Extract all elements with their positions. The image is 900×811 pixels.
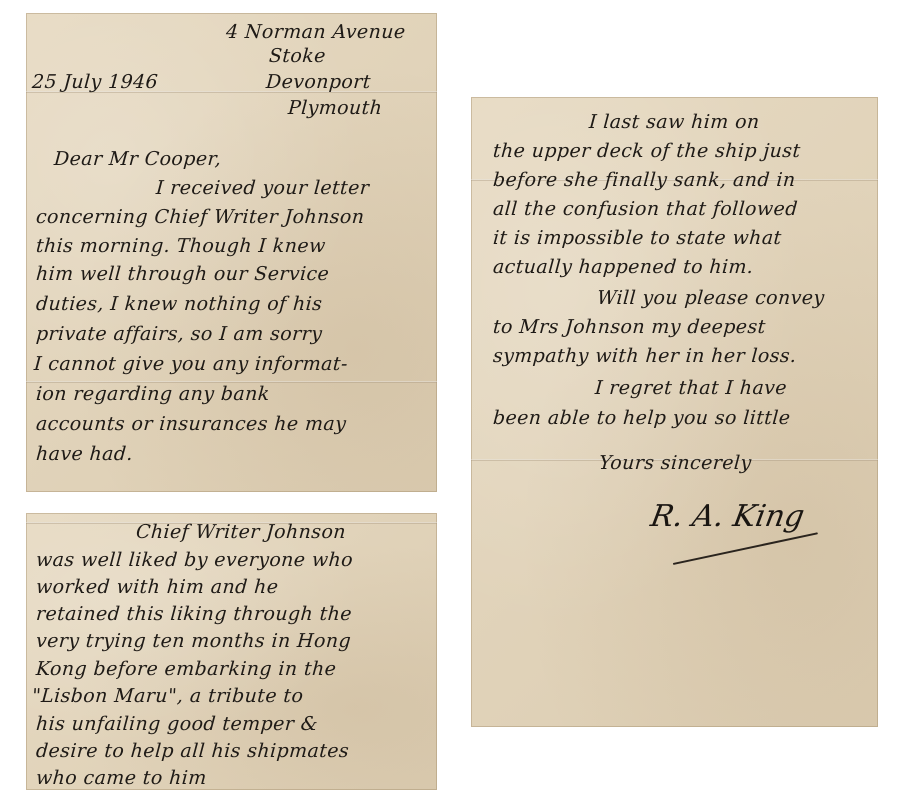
body-line: sympathy with her in her loss. (492, 345, 797, 367)
body-line: I received your letter (155, 177, 370, 199)
body-line: concerning Chief Writer Johnson (35, 206, 365, 228)
letter-page-1: 4 Norman Avenue Stoke Devonport Plymouth… (26, 13, 437, 492)
body-line: I cannot give you any informat- (33, 353, 348, 375)
body-line: ion regarding any bank (35, 383, 270, 405)
signature-underline (673, 532, 818, 565)
body-line: accounts or insurances he may (35, 413, 347, 435)
body-line: all the confusion that followed (492, 198, 798, 220)
body-line: have had. (35, 443, 133, 465)
letter-page-3: I last saw him on the upper deck of the … (471, 97, 878, 727)
body-line: I regret that I have (594, 377, 788, 399)
body-line: before she finally sank, and in (492, 169, 796, 191)
signature: R. A. King (648, 499, 807, 534)
body-line: to Mrs Johnson my deepest (492, 316, 766, 338)
body-line: actually happened to him. (492, 256, 754, 278)
address-line: Plymouth (287, 97, 383, 119)
body-line: Chief Writer Johnson (135, 521, 347, 543)
body-line: worked with him and he (35, 576, 279, 598)
address-line: 4 Norman Avenue (225, 21, 406, 43)
letter-date: 25 July 1946 (31, 71, 159, 93)
body-line: desire to help all his shipmates (35, 740, 350, 762)
closing: Yours sincerely (598, 452, 752, 474)
salutation: Dear Mr Cooper, (53, 148, 222, 170)
body-line: was well liked by everyone who (35, 549, 354, 571)
body-line: Kong before embarking in the (35, 658, 337, 680)
body-line: this morning. Though I knew (35, 235, 326, 257)
body-line: who came to him (35, 767, 207, 789)
body-line: "Lisbon Maru", a tribute to (31, 685, 304, 707)
body-line: very trying ten months in Hong (35, 630, 352, 652)
body-line: the upper deck of the ship just (492, 140, 801, 162)
body-line: Will you please convey (596, 287, 825, 309)
body-line: duties, I knew nothing of his (35, 293, 323, 315)
letter-page-2: Chief Writer Johnson was well liked by e… (26, 513, 437, 790)
body-line: retained this liking through the (35, 603, 353, 625)
address-line: Devonport (265, 71, 371, 93)
body-line: it is impossible to state what (492, 227, 782, 249)
body-line: I last saw him on (588, 111, 760, 133)
body-line: been able to help you so little (492, 407, 791, 429)
body-line: private affairs, so I am sorry (35, 323, 323, 345)
address-line: Stoke (268, 45, 326, 67)
body-line: him well through our Service (35, 263, 330, 285)
body-line: his unfailing good temper & (35, 713, 319, 735)
